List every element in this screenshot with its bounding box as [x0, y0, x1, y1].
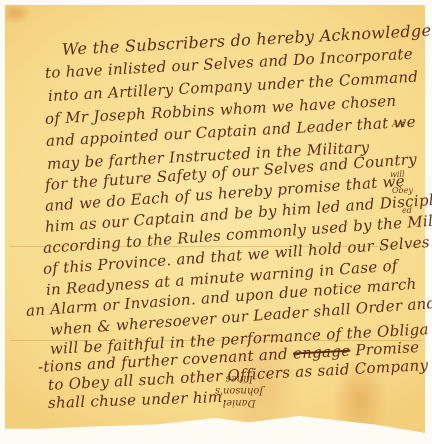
signature-line: Johnson's [215, 384, 263, 396]
interlinear-insertion: Obey [392, 186, 413, 195]
signature-line: Lines [215, 372, 263, 384]
interlinear-insertion: Art [392, 120, 405, 129]
signature-line: Daniel [215, 396, 263, 408]
inverted-signature: Daniel Johnson's Lines [215, 372, 263, 408]
interlinear-insertion: ed [402, 206, 412, 215]
struck-word: engage [293, 342, 351, 363]
interlinear-insertion: will [390, 170, 405, 179]
